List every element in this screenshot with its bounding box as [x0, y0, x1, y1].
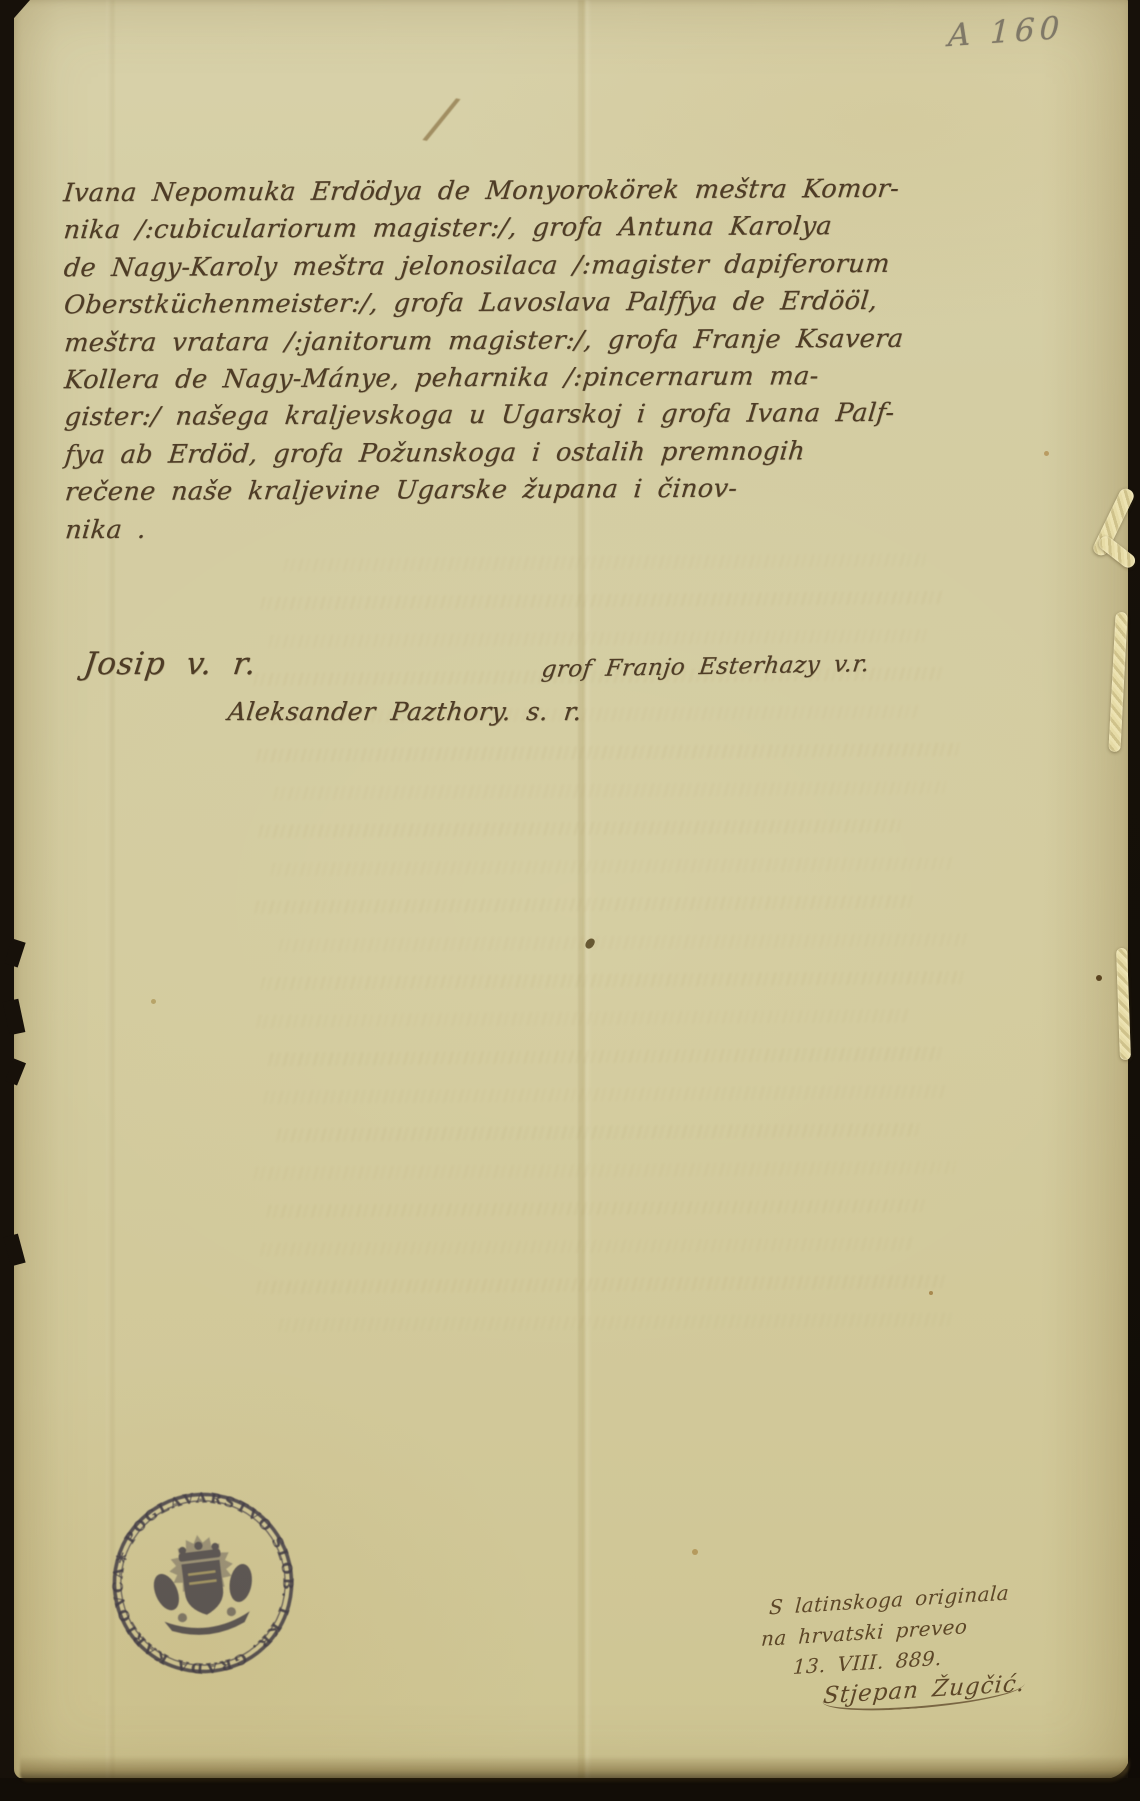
signature-josip: Josip v. r.	[82, 646, 259, 682]
paper-speck	[282, 184, 286, 188]
manuscript-body: Ivana Nepomuka Erdödya de Monyorokörek m…	[63, 174, 904, 552]
manuscript-line: Ivana Nepomuka Erdödya de Monyorokörek m…	[61, 174, 904, 216]
karlovac-city-stamp: ✳ POGLAVARSTVO SLOB. I KR. GRADA KARLOVC…	[85, 1458, 321, 1708]
manuscript-line: fya ab Erdöd, grofa Požunskoga i ostalih…	[63, 436, 906, 478]
manuscript-line: meštra vratara /:janitorum magister:/, g…	[62, 323, 905, 365]
paper-bottom-shadow	[20, 1756, 1130, 1782]
paper-speck	[151, 999, 156, 1004]
paper-speck	[929, 1291, 933, 1295]
manuscript-line: gister:/ našega kraljevskoga u Ugarskoj …	[62, 398, 905, 440]
scan-right-edge	[1128, 0, 1140, 1801]
manuscript-line: Kollera de Nagy-Mánye, peharnika /:pince…	[62, 361, 905, 403]
paper-speck	[1044, 451, 1049, 456]
scan-top-left-corner	[0, 0, 30, 34]
scan-left-edge	[0, 0, 14, 1801]
paper-speck	[692, 1549, 698, 1555]
manuscript-line: nika .	[63, 510, 906, 552]
scan-canvas: { "document": { "archival_number": "A 16…	[0, 0, 1140, 1801]
manuscript-line: rečene naše kraljevine Ugarske župana i …	[63, 473, 906, 515]
stamp-coat-of-arms	[144, 1528, 262, 1640]
manuscript-line: de Nagy-Karoly meštra jelonosilaca /:mag…	[62, 249, 905, 291]
translator-note: S latinskoga originala na hrvatski preve…	[755, 1580, 1026, 1718]
manuscript-line: nika /:cubiculariorum magister:/, grofa …	[61, 211, 904, 253]
paper-speck	[1096, 975, 1102, 981]
signature-pazthory: Aleksander Pazthory. s. r.	[226, 697, 584, 726]
manuscript-line: Oberstküchenmeister:/, grofa Lavoslava P…	[62, 286, 905, 328]
